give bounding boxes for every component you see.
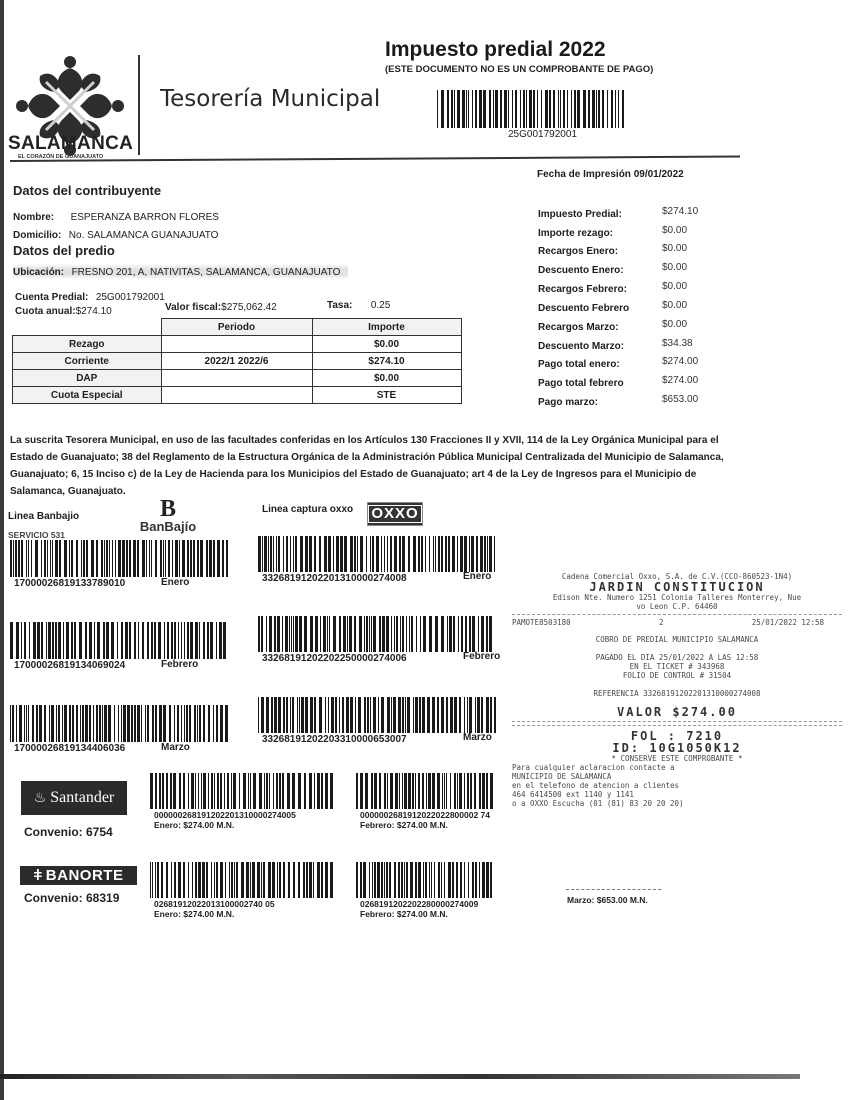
print-date: Fecha de Impresión 09/01/2022 [537,169,684,180]
row-period [161,336,312,353]
banbajio-barcode [10,705,230,742]
banorte-amount: Febrero: $274.00 M.N. [360,909,448,919]
banbajio-barcode-number: 17000026819133789010 [14,578,125,589]
taxpayer-address-row: Domicilio: No. SALAMANCA GUANAJUATO [13,225,218,243]
banbajio-label: Linea Banbajio [8,511,79,522]
table-row: DAP $0.00 [13,370,462,387]
santander-barcode-number: 000000268191202201310000274005 [154,810,296,820]
oxxo-barcode-number: 33268191202201310000274008 [262,573,407,584]
summary-label: Impuesto Predial: [538,209,622,220]
receipt-divider [512,614,842,615]
banbajio-barcode-number: 17000026819134069024 [14,660,125,671]
oxxo-month: Marzo [463,732,492,743]
oxxo-barcode [258,616,496,652]
banbajio-logo-text: BanBajío [133,520,203,534]
banbajio-barcode [10,622,230,659]
summary-label: Recargos Febrero: [538,284,627,295]
receipt-datetime: 25/01/2022 12:58 [752,618,824,627]
banorte-logo-text: BANORTE [46,867,124,884]
table-row: Rezago $0.00 [13,336,462,353]
receipt-divider [512,721,842,722]
banbajio-month: Marzo [161,742,190,753]
oxxo-logo-text: OXXO [368,505,421,523]
receipt-ticket: EN EL TICKET # 343968 [512,662,842,671]
summary-value: $274.10 [662,206,698,217]
banorte-barcode [356,862,496,898]
row-concept: Cuota Especial [13,387,162,404]
row-amount: $274.10 [312,353,461,370]
location-label: Ubicación: [13,267,64,278]
summary-label: Pago total enero: [538,359,620,370]
oxxo-label: Linea captura oxxo [262,504,353,515]
oxxo-month: Enero [463,571,491,582]
summary-value: $34.38 [662,338,693,349]
banbajio-barcode-number: 17000026819134406036 [14,743,125,754]
property-location: FRESNO 201, A, NATIVITAS, SALAMANCA, GUA… [72,267,341,278]
document-disclaimer: (ESTE DOCUMENTO NO ES UN COMPROBANTE DE … [385,64,653,75]
receipt-control: FOLIO DE CONTROL # 31504 [512,671,842,680]
receipt-terminal: PAMOTE8503180 [512,618,571,627]
receipt-paid-on: PAGADO EL DIA 25/01/2022 A LAS 12:58 [512,653,842,662]
summary-value: $274.00 [662,356,698,367]
account-barcode-number: 25G001792001 [508,129,577,140]
summary-value: $0.00 [662,300,687,311]
name-label: Nombre: [13,212,54,223]
santander-logo-icon: ♨Santander [21,781,127,815]
oxxo-logo-icon: OXXO [367,502,423,526]
summary-label: Importe rezago: [538,228,613,239]
annual-fee: $274.10 [76,306,112,317]
santander-convenio: Convenio: 6754 [24,825,113,839]
row-amount: STE [312,387,461,404]
receipt-reference: REFERENCIA 33268191202201310000274008 [512,689,842,698]
annual-fee-row: Cuota anual:$274.10 [15,301,112,319]
fiscal-value: $275,062.42 [221,302,277,313]
table-row: Corriente 2022/1 2022/6 $274.10 [13,353,462,370]
summary-label: Recargos Enero: [538,246,618,257]
march-partial-amount: Marzo: $653.00 M.N. [567,895,648,905]
santander-barcode [150,773,336,809]
taxpayer-name-row: Nombre: ESPERANZA BARRON FLORES [13,207,219,225]
receipt-terminal-row: PAMOTE8503180 2 25/01/2022 12:58 [512,618,842,627]
table-header-period: Periodo [161,319,312,336]
banorte-convenio: Convenio: 68319 [24,891,119,905]
receipt-store: JARDIN CONSTITUCION [512,581,842,593]
santander-amount: Enero: $274.00 M.N. [154,820,234,830]
taxpayer-section-title: Datos del contribuyente [13,183,161,198]
table-header-blank [13,319,162,336]
summary-value: $0.00 [662,243,687,254]
period-table: Periodo Importe Rezago $0.00 Corriente 2… [12,318,462,404]
property-location-row: Ubicación: FRESNO 201, A, NATIVITAS, SAL… [13,262,348,280]
table-header-row: Periodo Importe [13,319,462,336]
row-concept: Rezago [13,336,162,353]
rate-value: 0.25 [371,300,390,311]
table-header-amount: Importe [312,319,461,336]
annual-fee-label: Cuota anual: [15,306,76,317]
fiscal-value-row: Valor fiscal:$275,062.42 [165,297,277,315]
receipt-divider [512,725,842,726]
summary-label: Descuento Enero: [538,265,624,276]
santander-logo-text: Santander [50,789,114,807]
oxxo-receipt: Cadena Comercial Oxxo, S.A. de C.V.(CCO-… [512,572,842,808]
receipt-contact-2: MUNICIPIO DE SALAMANCA [512,772,842,781]
receipt-contact-3: en el telefono de atencion a clientes [512,781,842,790]
summary-value: $0.00 [662,319,687,330]
oxxo-month: Febrero [463,651,500,662]
receipt-concept: COBRO DE PREDIAL MUNICIPIO SALAMANCA [512,635,842,644]
receipt-value: VALOR $274.00 [512,706,842,718]
row-concept: Corriente [13,353,162,370]
receipt-address-1: Edison Nte. Numero 1251 Colonia Talleres… [512,593,842,602]
march-partial-cutoff [566,889,661,890]
fiscal-value-label: Valor fiscal: [165,302,221,313]
summary-value: $0.00 [662,225,687,236]
summary-label: Pago marzo: [538,397,598,408]
santander-barcode [356,773,496,809]
legal-text: La suscrita Tesorera Municipal, en uso d… [10,432,750,500]
taxpayer-address: No. SALAMANCA GUANAJUATO [69,230,219,241]
rate-row: Tasa: 0.25 [327,295,390,313]
receipt-contact-5: o a OXXO Escucha (01 (81) 83 20 20 20) [512,799,842,808]
summary-label: Descuento Febrero [538,303,629,314]
banorte-amount: Enero: $274.00 M.N. [154,909,234,919]
summary-label: Recargos Marzo: [538,322,619,333]
account-barcode [437,90,627,128]
address-label: Domicilio: [13,230,61,241]
header-divider [138,55,140,155]
oxxo-barcode-number: 33268191202203310000653007 [262,734,407,745]
row-amount: $0.00 [312,370,461,387]
santander-barcode-number: 0000002681912022022800002 74 [360,810,490,820]
oxxo-barcode-number: 33268191202202250000274006 [262,653,407,664]
summary-value: $653.00 [662,394,698,405]
oxxo-barcode [258,536,496,572]
banorte-logo-icon: ǂBANORTE [20,866,137,885]
rate-label: Tasa: [327,300,352,311]
summary-value: $0.00 [662,262,687,273]
receipt-terminal-no: 2 [659,618,664,627]
department-name: Tesorería Municipal [160,86,380,112]
row-period [161,370,312,387]
summary-label: Pago total febrero [538,378,624,389]
banbajio-service: SERVICIO 531 [8,530,65,540]
banbajio-logo: B BanBajío [133,498,203,534]
receipt-id: ID: 10G1050K12 [512,742,842,754]
summary-label: Descuento Marzo: [538,341,624,352]
row-period [161,387,312,404]
row-period: 2022/1 2022/6 [161,353,312,370]
banbajio-month: Enero [161,577,189,588]
receipt-contact-4: 464 6414500 ext 1140 y 1141 [512,790,842,799]
receipt-contact-1: Para cualquier aclaracion contacte a [512,763,842,772]
banorte-barcode [150,862,336,898]
banbajio-barcode [10,540,230,577]
table-row: Cuota Especial STE [13,387,462,404]
logo-name: SALAMANCA [8,133,133,155]
banorte-barcode-number: 02681912022013100002740 05 [154,899,275,909]
summary-value: $274.00 [662,375,698,386]
receipt-address-2: vo Leon C.P. 64460 [512,602,842,611]
summary-value: $0.00 [662,281,687,292]
scan-edge-bottom [0,1074,800,1079]
banbajio-logo-icon: B [133,498,203,520]
santander-amount: Febrero: $274.00 M.N. [360,820,448,830]
scan-edge [0,0,4,1100]
oxxo-barcode [258,697,496,733]
property-section-title: Datos del predio [13,243,115,258]
row-amount: $0.00 [312,336,461,353]
banorte-barcode-number: 0268191202202280000274009 [360,899,478,909]
taxpayer-name: ESPERANZA BARRON FLORES [71,212,219,223]
receipt-keep-notice: * CONSERVE ESTE COMPROBANTE * [512,754,842,763]
banbajio-month: Febrero [161,659,198,670]
document-title: Impuesto predial 2022 [385,38,606,62]
row-concept: DAP [13,370,162,387]
